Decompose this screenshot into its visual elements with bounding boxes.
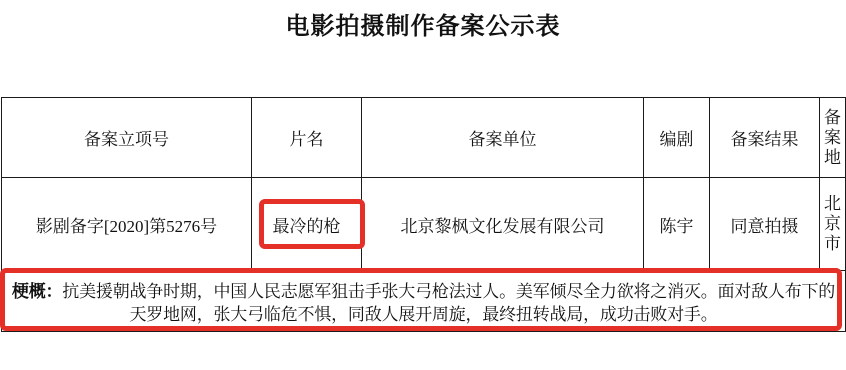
header-filing-number: 备案立项号 bbox=[2, 98, 252, 178]
filing-notice-page: 电影拍摄制作备案公示表 备案立项号 片名 备案单位 编剧 备案结果 备案地 影剧… bbox=[0, 0, 846, 370]
cell-screenwriter: 陈宇 bbox=[644, 178, 710, 271]
header-filing-result: 备案结果 bbox=[710, 98, 820, 178]
synopsis-text: 抗美援朝战争时期，中国人民志愿军狙击手张大弓枪法过人。美军倾尽全力欲将之消灭。面… bbox=[62, 282, 835, 324]
page-title: 电影拍摄制作备案公示表 bbox=[0, 14, 846, 40]
synopsis-cell: 梗概：抗美援朝战争时期，中国人民志愿军狙击手张大弓枪法过人。美军倾尽全力欲将之消… bbox=[2, 271, 846, 332]
cell-filing-location: 北京市 bbox=[820, 178, 846, 271]
synopsis-row: 梗概：抗美援朝战争时期，中国人民志愿军狙击手张大弓枪法过人。美军倾尽全力欲将之消… bbox=[2, 271, 846, 332]
header-film-title: 片名 bbox=[252, 98, 362, 178]
synopsis-label: 梗概： bbox=[12, 282, 62, 301]
cell-filing-number: 影剧备字[2020]第5276号 bbox=[2, 178, 252, 271]
filing-table: 备案立项号 片名 备案单位 编剧 备案结果 备案地 影剧备字[2020]第527… bbox=[1, 97, 846, 332]
table-row: 影剧备字[2020]第5276号 最冷的枪 北京黎枫文化发展有限公司 陈宇 同意… bbox=[2, 178, 846, 271]
cell-filing-company: 北京黎枫文化发展有限公司 bbox=[362, 178, 644, 271]
cell-film-title: 最冷的枪 bbox=[252, 178, 362, 271]
table-header-row: 备案立项号 片名 备案单位 编剧 备案结果 备案地 bbox=[2, 98, 846, 178]
header-filing-location: 备案地 bbox=[820, 98, 846, 178]
header-screenwriter: 编剧 bbox=[644, 98, 710, 178]
header-filing-company: 备案单位 bbox=[362, 98, 644, 178]
cell-filing-result: 同意拍摄 bbox=[710, 178, 820, 271]
